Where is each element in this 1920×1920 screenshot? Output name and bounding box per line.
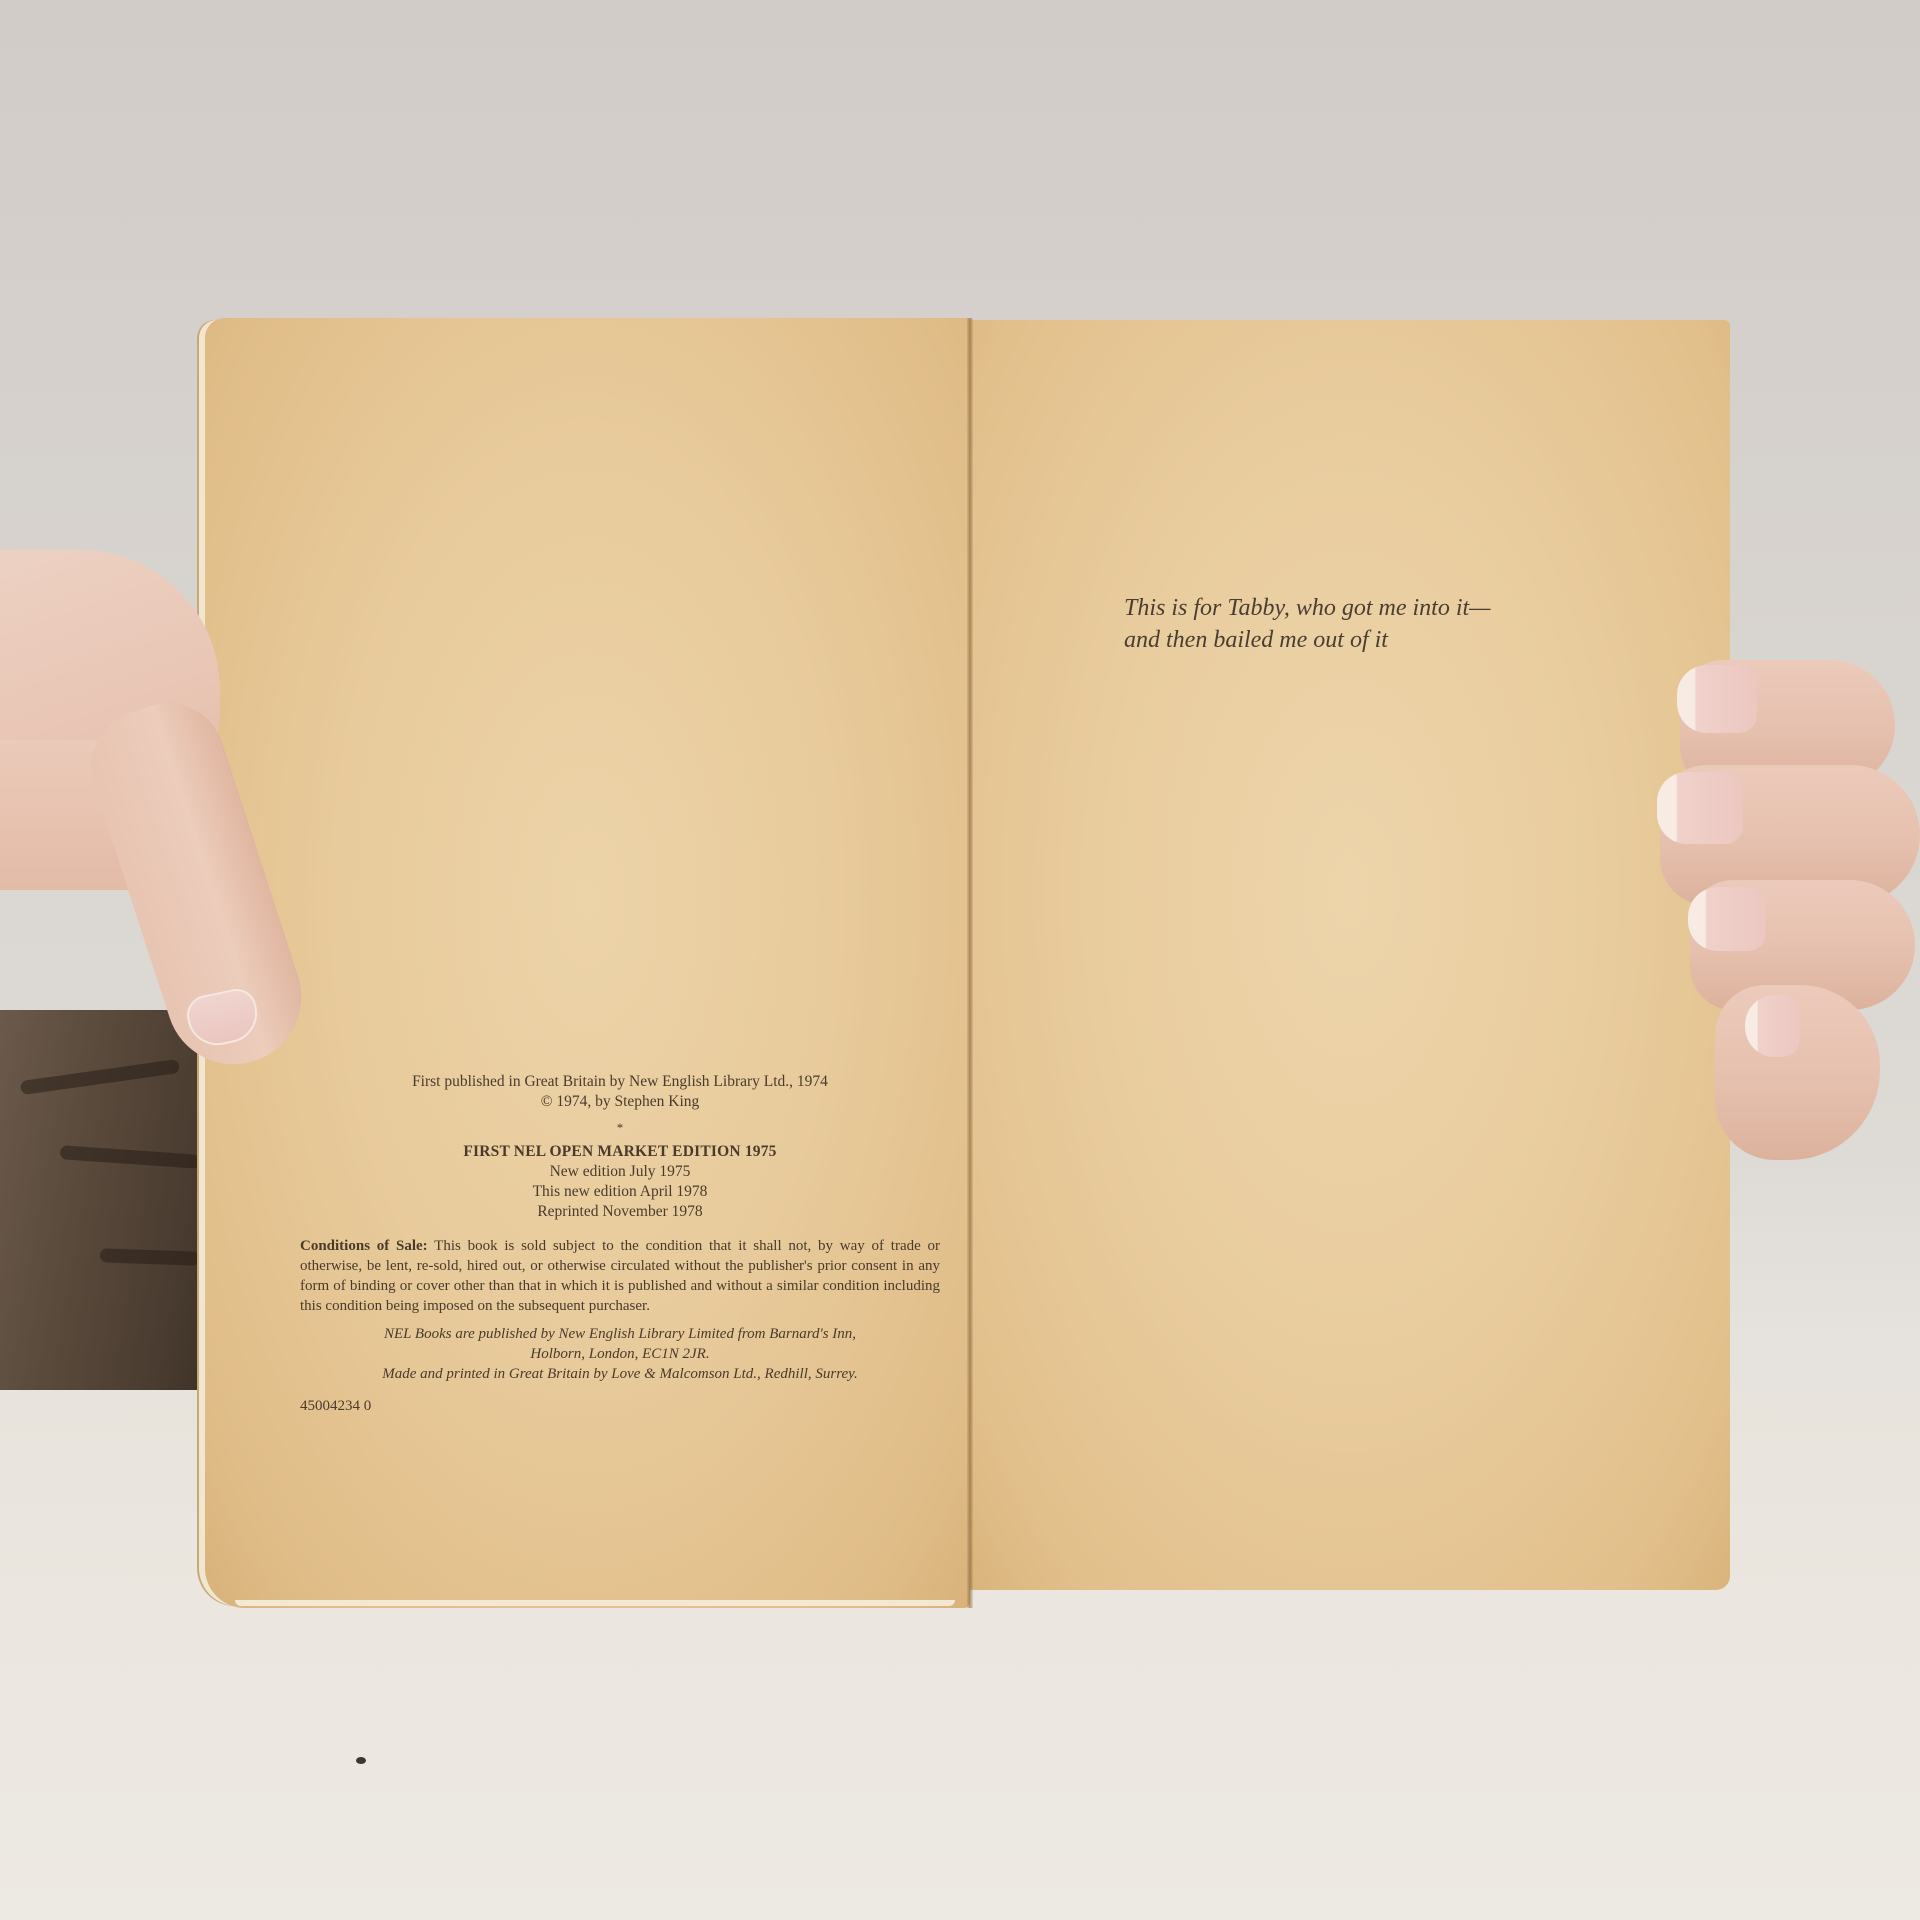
- publisher-address: Holborn, London, EC1N 2JR.: [300, 1344, 940, 1364]
- dedication: This is for Tabby, who got me into it— a…: [1124, 592, 1604, 656]
- dedication-line: and then bailed me out of it: [1124, 624, 1604, 656]
- right-page: [970, 320, 1730, 1590]
- right-finger-nail: [1677, 665, 1757, 733]
- publisher-info: NEL Books are published by New English L…: [300, 1324, 940, 1384]
- copyright-imprint: First published in Great Britain by New …: [300, 1072, 940, 1416]
- conditions-label: Conditions of Sale:: [300, 1238, 428, 1254]
- edition-history-line: New edition July 1975: [300, 1162, 940, 1182]
- first-published-line: First published in Great Britain by New …: [300, 1072, 940, 1092]
- printer-line: Made and printed in Great Britain by Lov…: [300, 1364, 940, 1384]
- right-finger-nail: [1657, 772, 1743, 844]
- separator-asterisk: *: [300, 1118, 940, 1138]
- dark-sleeve: [0, 1010, 205, 1390]
- dedication-line: This is for Tabby, who got me into it—: [1124, 592, 1604, 624]
- isbn-number: 45004234 0: [300, 1396, 940, 1416]
- edition-history-line: This new edition April 1978: [300, 1182, 940, 1202]
- sleeve-fold: [60, 1145, 201, 1169]
- right-finger-nail: [1745, 995, 1800, 1057]
- publisher-line: NEL Books are published by New English L…: [300, 1324, 940, 1344]
- edition-history-line: Reprinted November 1978: [300, 1202, 940, 1222]
- edition-title: FIRST NEL OPEN MARKET EDITION 1975: [300, 1142, 940, 1162]
- photo-scene: First published in Great Britain by New …: [0, 0, 1920, 1920]
- sleeve-fold: [20, 1059, 180, 1095]
- right-finger-nail: [1688, 887, 1766, 951]
- copyright-line: © 1974, by Stephen King: [300, 1092, 940, 1112]
- page-edge: [235, 1600, 955, 1606]
- conditions-of-sale: Conditions of Sale: This book is sold su…: [300, 1236, 940, 1316]
- table-speck: [356, 1757, 366, 1764]
- sleeve-fold: [100, 1248, 200, 1265]
- book-gutter: [967, 318, 973, 1608]
